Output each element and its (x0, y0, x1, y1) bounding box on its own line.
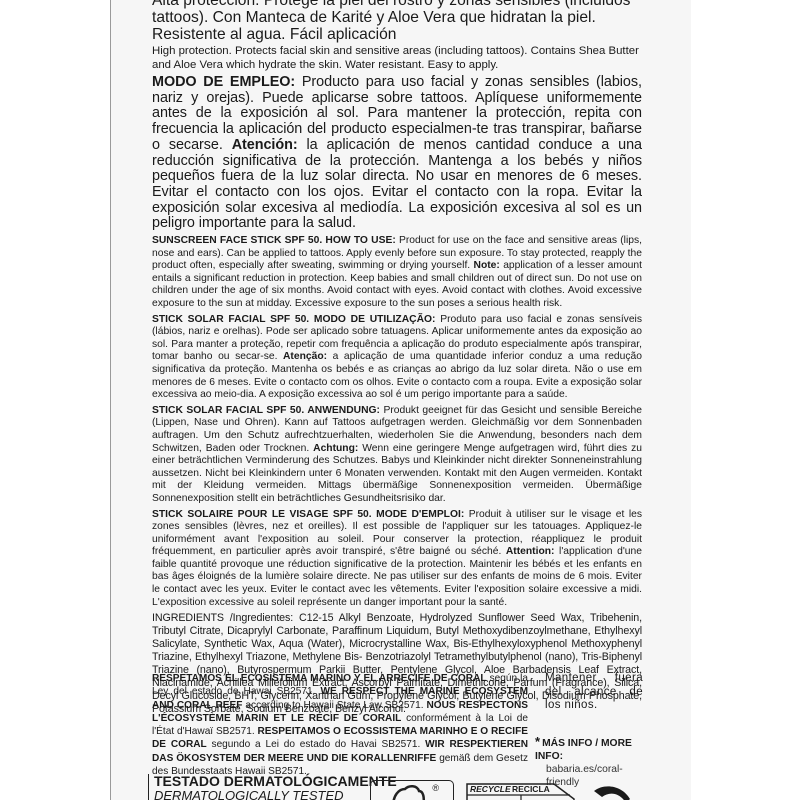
de-usage-attention: Achtung: (313, 443, 358, 454)
fr-usage-paragraph: STICK SOLAIRE POUR LE VISAGE SPF 50. MOD… (152, 509, 642, 610)
en-usage-heading: SUNSCREEN FACE STICK SPF 50. HOW TO USE: (152, 235, 396, 246)
more-info-label: MÁS INFO / MORE INFO: (535, 738, 632, 762)
es-usage-attention: Atención: (232, 137, 298, 153)
reef-en-text: according to Hawaii State Law SB2571. (242, 700, 426, 711)
recycle-label-es: RECICLA (512, 784, 550, 794)
dermatologically-tested-badge: TESTADO DERMATOLÓGICAMENTE DERMATOLOGICA… (148, 774, 397, 800)
spanish-intro: Alta protección. Protege la piel del ros… (152, 0, 642, 43)
fr-usage-heading: STICK SOLAIRE POUR LE VISAGE SPF 50. MOD… (152, 509, 464, 520)
english-intro: High protection. Protects facial skin an… (152, 45, 642, 72)
es-usage-paragraph: MODO DE EMPLEO: Producto para uso facial… (152, 75, 642, 232)
dermo-es: TESTADO DERMATOLÓGICAMENTE (154, 774, 397, 789)
fsc-tree-logo-icon: ® (370, 780, 454, 800)
reef-pt-text: segundo a Lei do estado do Havai SB2571. (207, 739, 425, 750)
pt-usage-heading: STICK SOLAR FACIAL SPF 50. MODO DE UTILI… (152, 314, 435, 325)
recycle-label-en: RECYCLE (470, 784, 511, 794)
asterisk-icon: * (535, 734, 540, 749)
brand-leaf-icon (592, 785, 632, 800)
reef-es-heading: RESPETAMOS EL ECOSISTEMA MARINO Y EL ARR… (152, 673, 487, 684)
en-usage-paragraph: SUNSCREEN FACE STICK SPF 50. HOW TO USE:… (152, 235, 642, 311)
label-text-body: Alta protección. Protege la piel del ros… (152, 0, 642, 716)
pt-usage-paragraph: STICK SOLAR FACIAL SPF 50. MODO DE UTILI… (152, 314, 642, 402)
en-usage-note: Note: (474, 260, 500, 271)
coral-reef-statement: RESPETAMOS EL ECOSISTEMA MARINO Y EL ARR… (152, 672, 528, 778)
registered-mark: ® (432, 783, 439, 793)
de-usage-paragraph: STICK SOLAR FACIAL SPF 50. ANWENDUNG: Pr… (152, 405, 642, 506)
more-info-block: *MÁS INFO / MORE INFO: babaria.es/coral-… (535, 735, 655, 789)
de-usage-heading: STICK SOLAR FACIAL SPF 50. ANWENDUNG: (152, 405, 380, 416)
pt-usage-attention: Atenção: (283, 351, 327, 362)
dermo-en: DERMATOLOGICALLY TESTED (154, 789, 397, 800)
es-usage-heading: MODO DE EMPLEO: (152, 74, 295, 90)
keep-away-from-children: Mantener fuera del alcance de los niños. (545, 672, 643, 713)
fr-usage-attention: Attention: (506, 546, 555, 557)
recycle-badge: RECYCLE RECICLA (466, 783, 576, 800)
